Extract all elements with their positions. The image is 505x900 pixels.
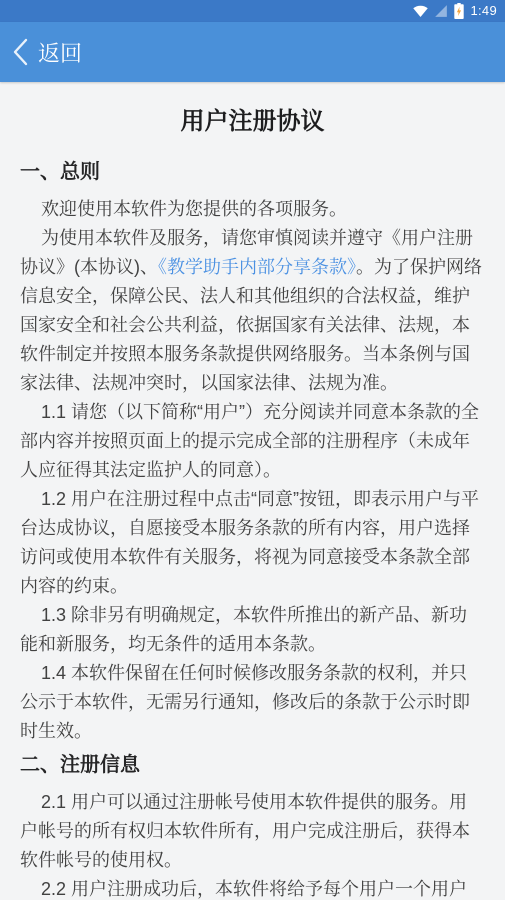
paragraph: 欢迎使用本软件为您提供的各项服务。 [20,195,485,224]
paragraph: 2.2 用户注册成功后，本软件将给予每个用户一个用户 [20,875,485,900]
cellular-signal-icon [434,4,448,18]
battery-charging-icon [454,3,464,19]
section-registration-info: 二、注册信息 2.1 用户可以通过注册帐号使用本软件提供的服务。用户帐号的所有权… [20,752,485,900]
paragraph: 1.1 请您（以下简称“用户”）充分阅读并同意本条款的全部内容并按照页面上的提示… [20,398,485,485]
document-title: 用户注册协议 [20,105,485,138]
status-time: 1:49 [470,0,497,22]
wifi-icon [413,5,428,17]
section-heading: 二、注册信息 [20,752,485,779]
agreement-scroll-area[interactable]: 用户注册协议 一、总则 欢迎使用本软件为您提供的各项服务。 为使用本软件及服务，… [0,82,505,900]
app-screen: 1:49 返回 用户注册协议 一、总则 欢迎使用本软件为您提供的各项服务。 为使… [0,0,505,900]
section-general-rules: 一、总则 欢迎使用本软件为您提供的各项服务。 为使用本软件及服务，请您审慎阅读并… [20,159,485,746]
paragraph: 1.3 除非另有明确规定，本软件所推出的新产品、新功能和新服务，均无条件的适用本… [20,601,485,659]
paragraph-text: 。为了保护网络信息安全，保障公民、法人和其他组织的合法权益，维护国家安全和社会公… [20,257,482,393]
share-terms-link[interactable]: 《教学助手内部分享条款》 [158,257,356,277]
status-bar: 1:49 [0,0,505,22]
back-label: 返回 [38,37,82,68]
section-heading: 一、总则 [20,159,485,186]
back-chevron-icon [12,37,29,67]
app-bar: 返回 [0,22,505,82]
paragraph: 1.2 用户在注册过程中点击“同意”按钮，即表示用户与平台达成协议，自愿接受本服… [20,485,485,601]
back-button[interactable]: 返回 [12,37,82,68]
paragraph: 1.4 本软件保留在任何时候修改服务条款的权利，并只公示于本软件，无需另行通知，… [20,659,485,746]
paragraph: 2.1 用户可以通过注册帐号使用本软件提供的服务。用户帐号的所有权归本软件所有，… [20,788,485,875]
paragraph: 为使用本软件及服务，请您审慎阅读并遵守《用户注册协议》(本协议)、《教学助手内部… [20,224,485,398]
